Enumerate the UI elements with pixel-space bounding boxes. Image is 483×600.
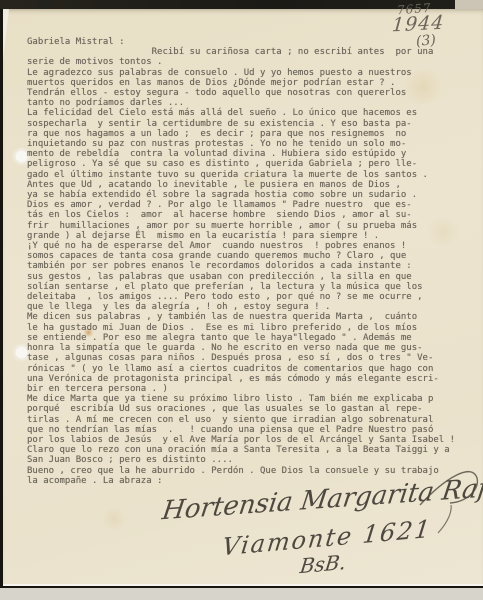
scan-bottom-edge (0, 588, 483, 600)
typed-body: Gabriela Mistral : Recibí su cariñosa ca… (27, 37, 455, 486)
scan-top-edge-strip (0, 0, 455, 9)
scanned-letter-page: Gabriela Mistral : Recibí su cariñosa ca… (0, 0, 483, 600)
page-marker-annotation: (3) (415, 32, 436, 50)
signature-place: BsB. (299, 550, 348, 578)
